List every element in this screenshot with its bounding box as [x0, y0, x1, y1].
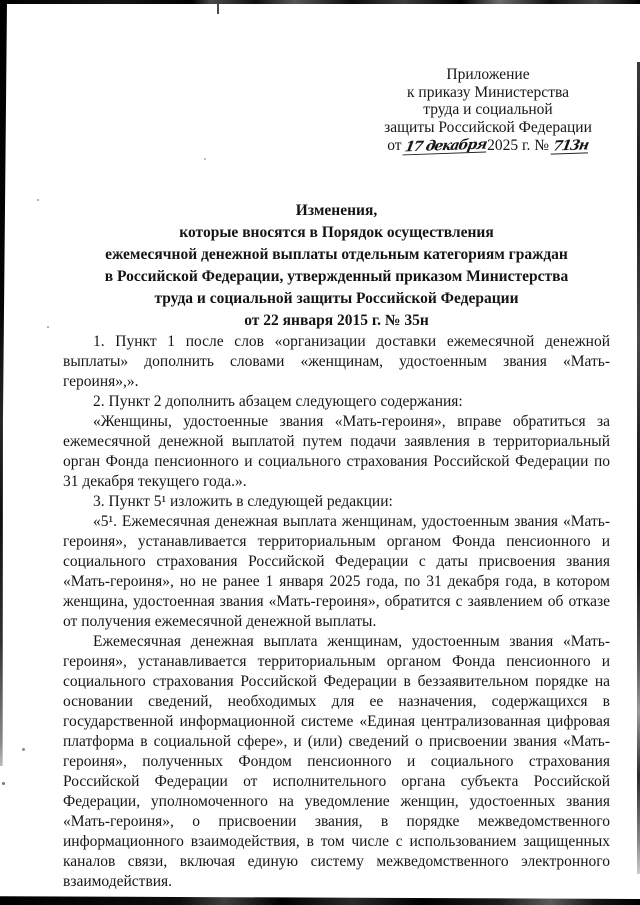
scan-speck [47, 326, 49, 328]
scan-edge-top [0, 0, 640, 4]
scan-tick-mark [217, 3, 219, 14]
title-line: Изменения, [63, 200, 610, 222]
document-title: Изменения, которые вносятся в Порядок ос… [63, 200, 610, 332]
body-paragraph: «Женщины, удостоенные звания «Мать-герои… [63, 412, 610, 492]
title-line: ежемесячной денежной выплаты отдельным к… [63, 244, 610, 266]
scan-edge-left [0, 0, 7, 766]
issue-prefix: от [387, 137, 401, 154]
issue-line: от17 декабря 2025 г. №713н [378, 137, 598, 155]
body-paragraph: Ежемесячная денежная выплата женщинам, у… [63, 632, 610, 892]
title-line: которые вносятся в Порядок осуществления [63, 222, 610, 244]
body-paragraph: «5¹. Ежемесячная денежная выплата женщин… [63, 512, 610, 632]
document-page: Приложение к приказу Министерства труда … [0, 0, 640, 905]
header-line: защиты Российской Федерации [378, 119, 598, 137]
scan-speck [37, 199, 39, 201]
issue-year-number: 2025 г. № [487, 137, 549, 154]
body-paragraph: 3. Пункт 5¹ изложить в следующей редакци… [63, 492, 610, 512]
header-line: Приложение [378, 66, 598, 84]
scan-speck [22, 748, 25, 751]
title-line: от 22 января 2015 г. № 35н [63, 310, 610, 332]
header-line: труда и социальной [378, 101, 598, 119]
appendix-header: Приложение к приказу Министерства труда … [378, 66, 598, 155]
body-paragraph: 1. Пункт 1 после слов «организации доста… [63, 332, 610, 392]
body-paragraph: 2. Пункт 2 дополнить абзацем следующего … [63, 392, 610, 412]
scan-edge-bottom [0, 895, 640, 905]
title-line: в Российской Федерации, утвержденный при… [63, 266, 610, 288]
handwritten-date: 17 декабря [402, 139, 488, 156]
document-body: 1. Пункт 1 после слов «организации доста… [63, 332, 610, 892]
title-line: труда и социальной защиты Российской Фед… [63, 288, 610, 310]
scan-speck [2, 782, 5, 785]
handwritten-number: 713н [551, 140, 590, 155]
header-line: к приказу Министерства [378, 84, 598, 102]
scan-speck [204, 158, 206, 160]
